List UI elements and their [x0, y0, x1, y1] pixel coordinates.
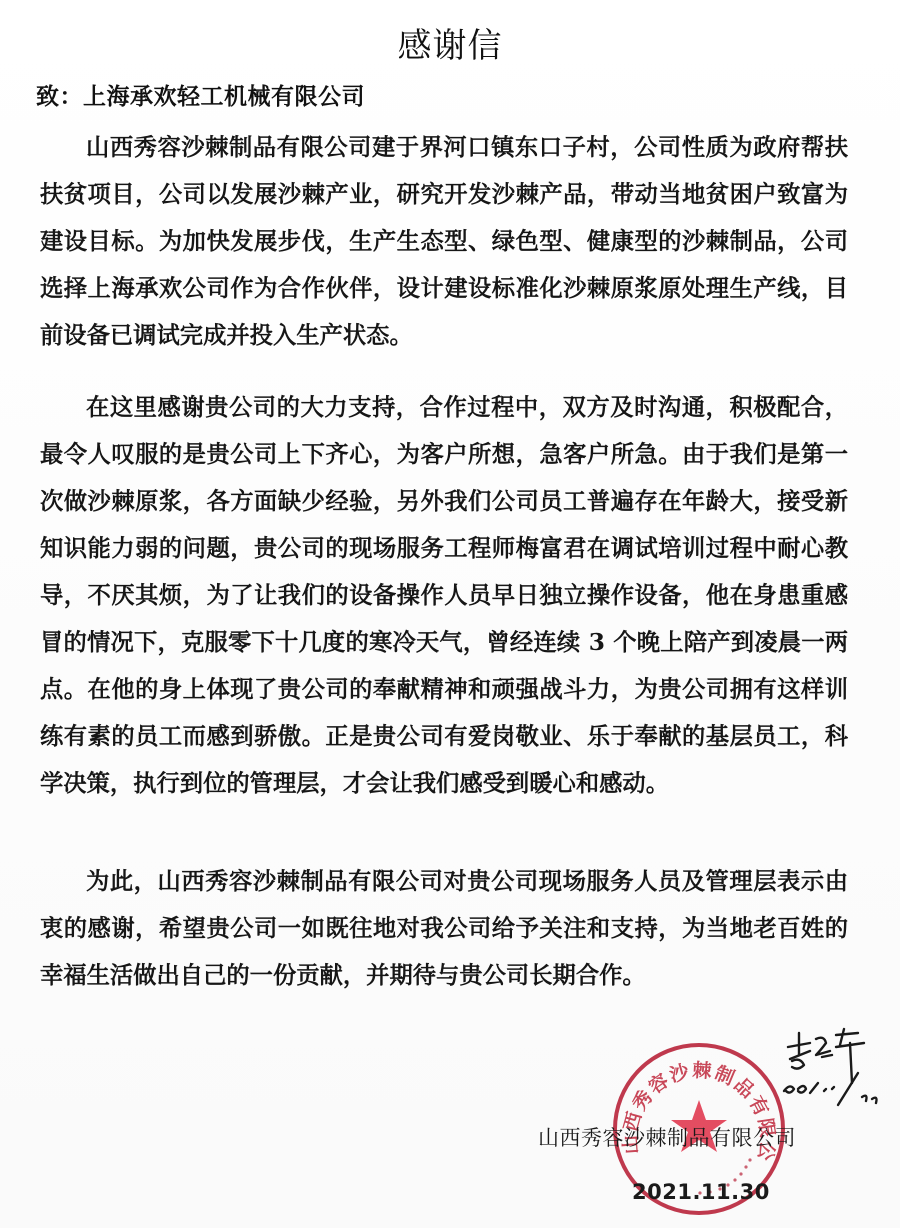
sender-company: 山西秀容沙棘制品有限公司 [538, 1122, 796, 1152]
body-paragraph-1: 山西秀容沙棘制品有限公司建于界河口镇东口子村，公司性质为政府帮扶扶贫项目，公司以… [40, 124, 848, 359]
recipient-line: 致：上海承欢轻工机械有限公司 [36, 78, 365, 111]
letter-page: 感谢信 致：上海承欢轻工机械有限公司 山西秀容沙棘制品有限公司建于界河口镇东口子… [0, 0, 900, 1228]
paragraph-text: 为此，山西秀容沙棘制品有限公司对贵公司现场服务人员及管理层表示由衷的感谢，希望贵… [40, 858, 848, 999]
handwritten-signature [780, 1025, 890, 1115]
paragraph-text: 山西秀容沙棘制品有限公司建于界河口镇东口子村，公司性质为政府帮扶扶贫项目，公司以… [40, 124, 848, 359]
body-paragraph-3: 为此，山西秀容沙棘制品有限公司对贵公司现场服务人员及管理层表示由衷的感谢，希望贵… [40, 858, 848, 999]
paragraph-text: 在这里感谢贵公司的大力支持，合作过程中，双方及时沟通，积极配合，最令人叹服的是贵… [40, 384, 848, 807]
body-paragraph-2: 在这里感谢贵公司的大力支持，合作过程中，双方及时沟通，积极配合，最令人叹服的是贵… [40, 384, 848, 807]
document-title: 感谢信 [0, 18, 900, 67]
letter-date: 2021.11.30 [632, 1180, 770, 1204]
